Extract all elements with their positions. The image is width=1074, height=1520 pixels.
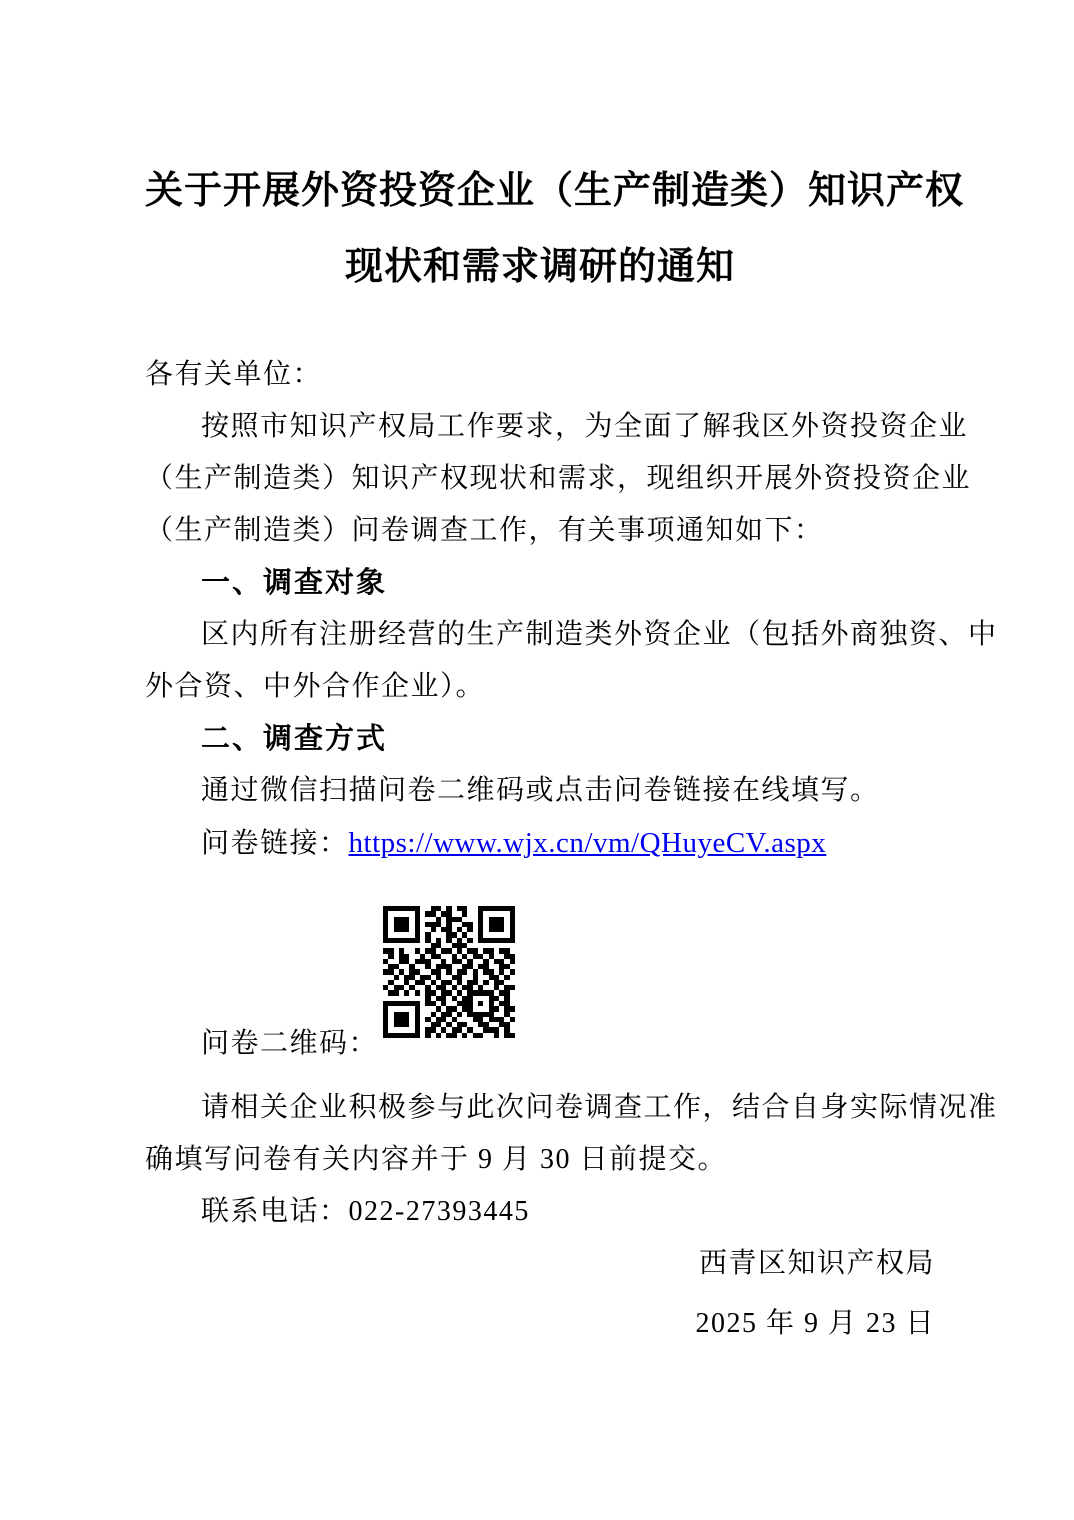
document-title-line-1: 关于开展外资投资企业（生产制造类）知识产权 <box>145 153 935 229</box>
link-label: 问卷链接： <box>201 828 349 859</box>
closing-paragraph-line: 请相关企业积极参与此次问卷调查工作，结合自身实际情况准 <box>145 1082 935 1134</box>
signature-org: 西青区知识产权局 <box>145 1238 935 1290</box>
intro-paragraph-line: 按照市知识产权局工作要求，为全面了解我区外资投资企业 <box>145 401 935 453</box>
link-line: 问卷链接：https://www.wjx.cn/vm/QHuyeCV.aspx <box>145 817 935 870</box>
intro-paragraph-line: （生产制造类）问卷调查工作，有关事项通知如下： <box>145 505 935 557</box>
section-2-heading-line: 二、调查方式 <box>145 713 935 765</box>
section-2-heading: 二、调查方式 <box>145 713 935 765</box>
document-title-line-2: 现状和需求调研的通知 <box>145 229 935 305</box>
section-1-heading-line: 一、调查对象 <box>145 557 935 609</box>
signature-date: 2025 年 9 月 23 日 <box>145 1298 935 1350</box>
closing-paragraph: 请相关企业积极参与此次问卷调查工作，结合自身实际情况准确填写问卷有关内容并于 9… <box>145 1082 935 1186</box>
section-1-body-line: 区内所有注册经营的生产制造类外资企业（包括外商独资、中 <box>145 609 935 661</box>
document-content: 关于开展外资投资企业（生产制造类）知识产权 现状和需求调研的通知 各有关单位： … <box>145 0 935 1350</box>
qr-section: 问卷二维码： <box>145 870 935 1070</box>
closing-paragraph-line: 确填写问卷有关内容并于 9 月 30 日前提交。 <box>145 1134 935 1186</box>
qr-module <box>510 1033 515 1038</box>
document-title: 关于开展外资投资企业（生产制造类）知识产权 现状和需求调研的通知 <box>145 153 935 305</box>
section-1-body-line: 外合资、中外合作企业）。 <box>145 661 935 713</box>
survey-link[interactable]: https://www.wjx.cn/vm/QHuyeCV.aspx <box>349 827 827 859</box>
section-2-body: 通过微信扫描问卷二维码或点击问卷链接在线填写。 <box>145 765 935 817</box>
intro-paragraph: 按照市知识产权局工作要求，为全面了解我区外资投资企业（生产制造类）知识产权现状和… <box>145 401 935 557</box>
salutation-line: 各有关单位： <box>145 349 935 401</box>
section-2-body-line: 通过微信扫描问卷二维码或点击问卷链接在线填写。 <box>145 765 935 817</box>
salutation: 各有关单位： <box>145 349 935 401</box>
qr-label: 问卷二维码： <box>201 1018 378 1070</box>
intro-paragraph-line: （生产制造类）知识产权现状和需求，现组织开展外资投资企业 <box>145 453 935 505</box>
qr-code <box>383 906 515 1038</box>
section-1-body: 区内所有注册经营的生产制造类外资企业（包括外商独资、中外合资、中外合作企业）。 <box>145 609 935 713</box>
section-1-heading: 一、调查对象 <box>145 557 935 609</box>
contact-line-line: 联系电话：022-27393445 <box>145 1186 935 1238</box>
document-body: 各有关单位： 按照市知识产权局工作要求，为全面了解我区外资投资企业（生产制造类）… <box>145 349 935 1350</box>
contact-line: 联系电话：022-27393445 <box>145 1186 935 1238</box>
document-page: 关于开展外资投资企业（生产制造类）知识产权 现状和需求调研的通知 各有关单位： … <box>0 0 1074 1520</box>
